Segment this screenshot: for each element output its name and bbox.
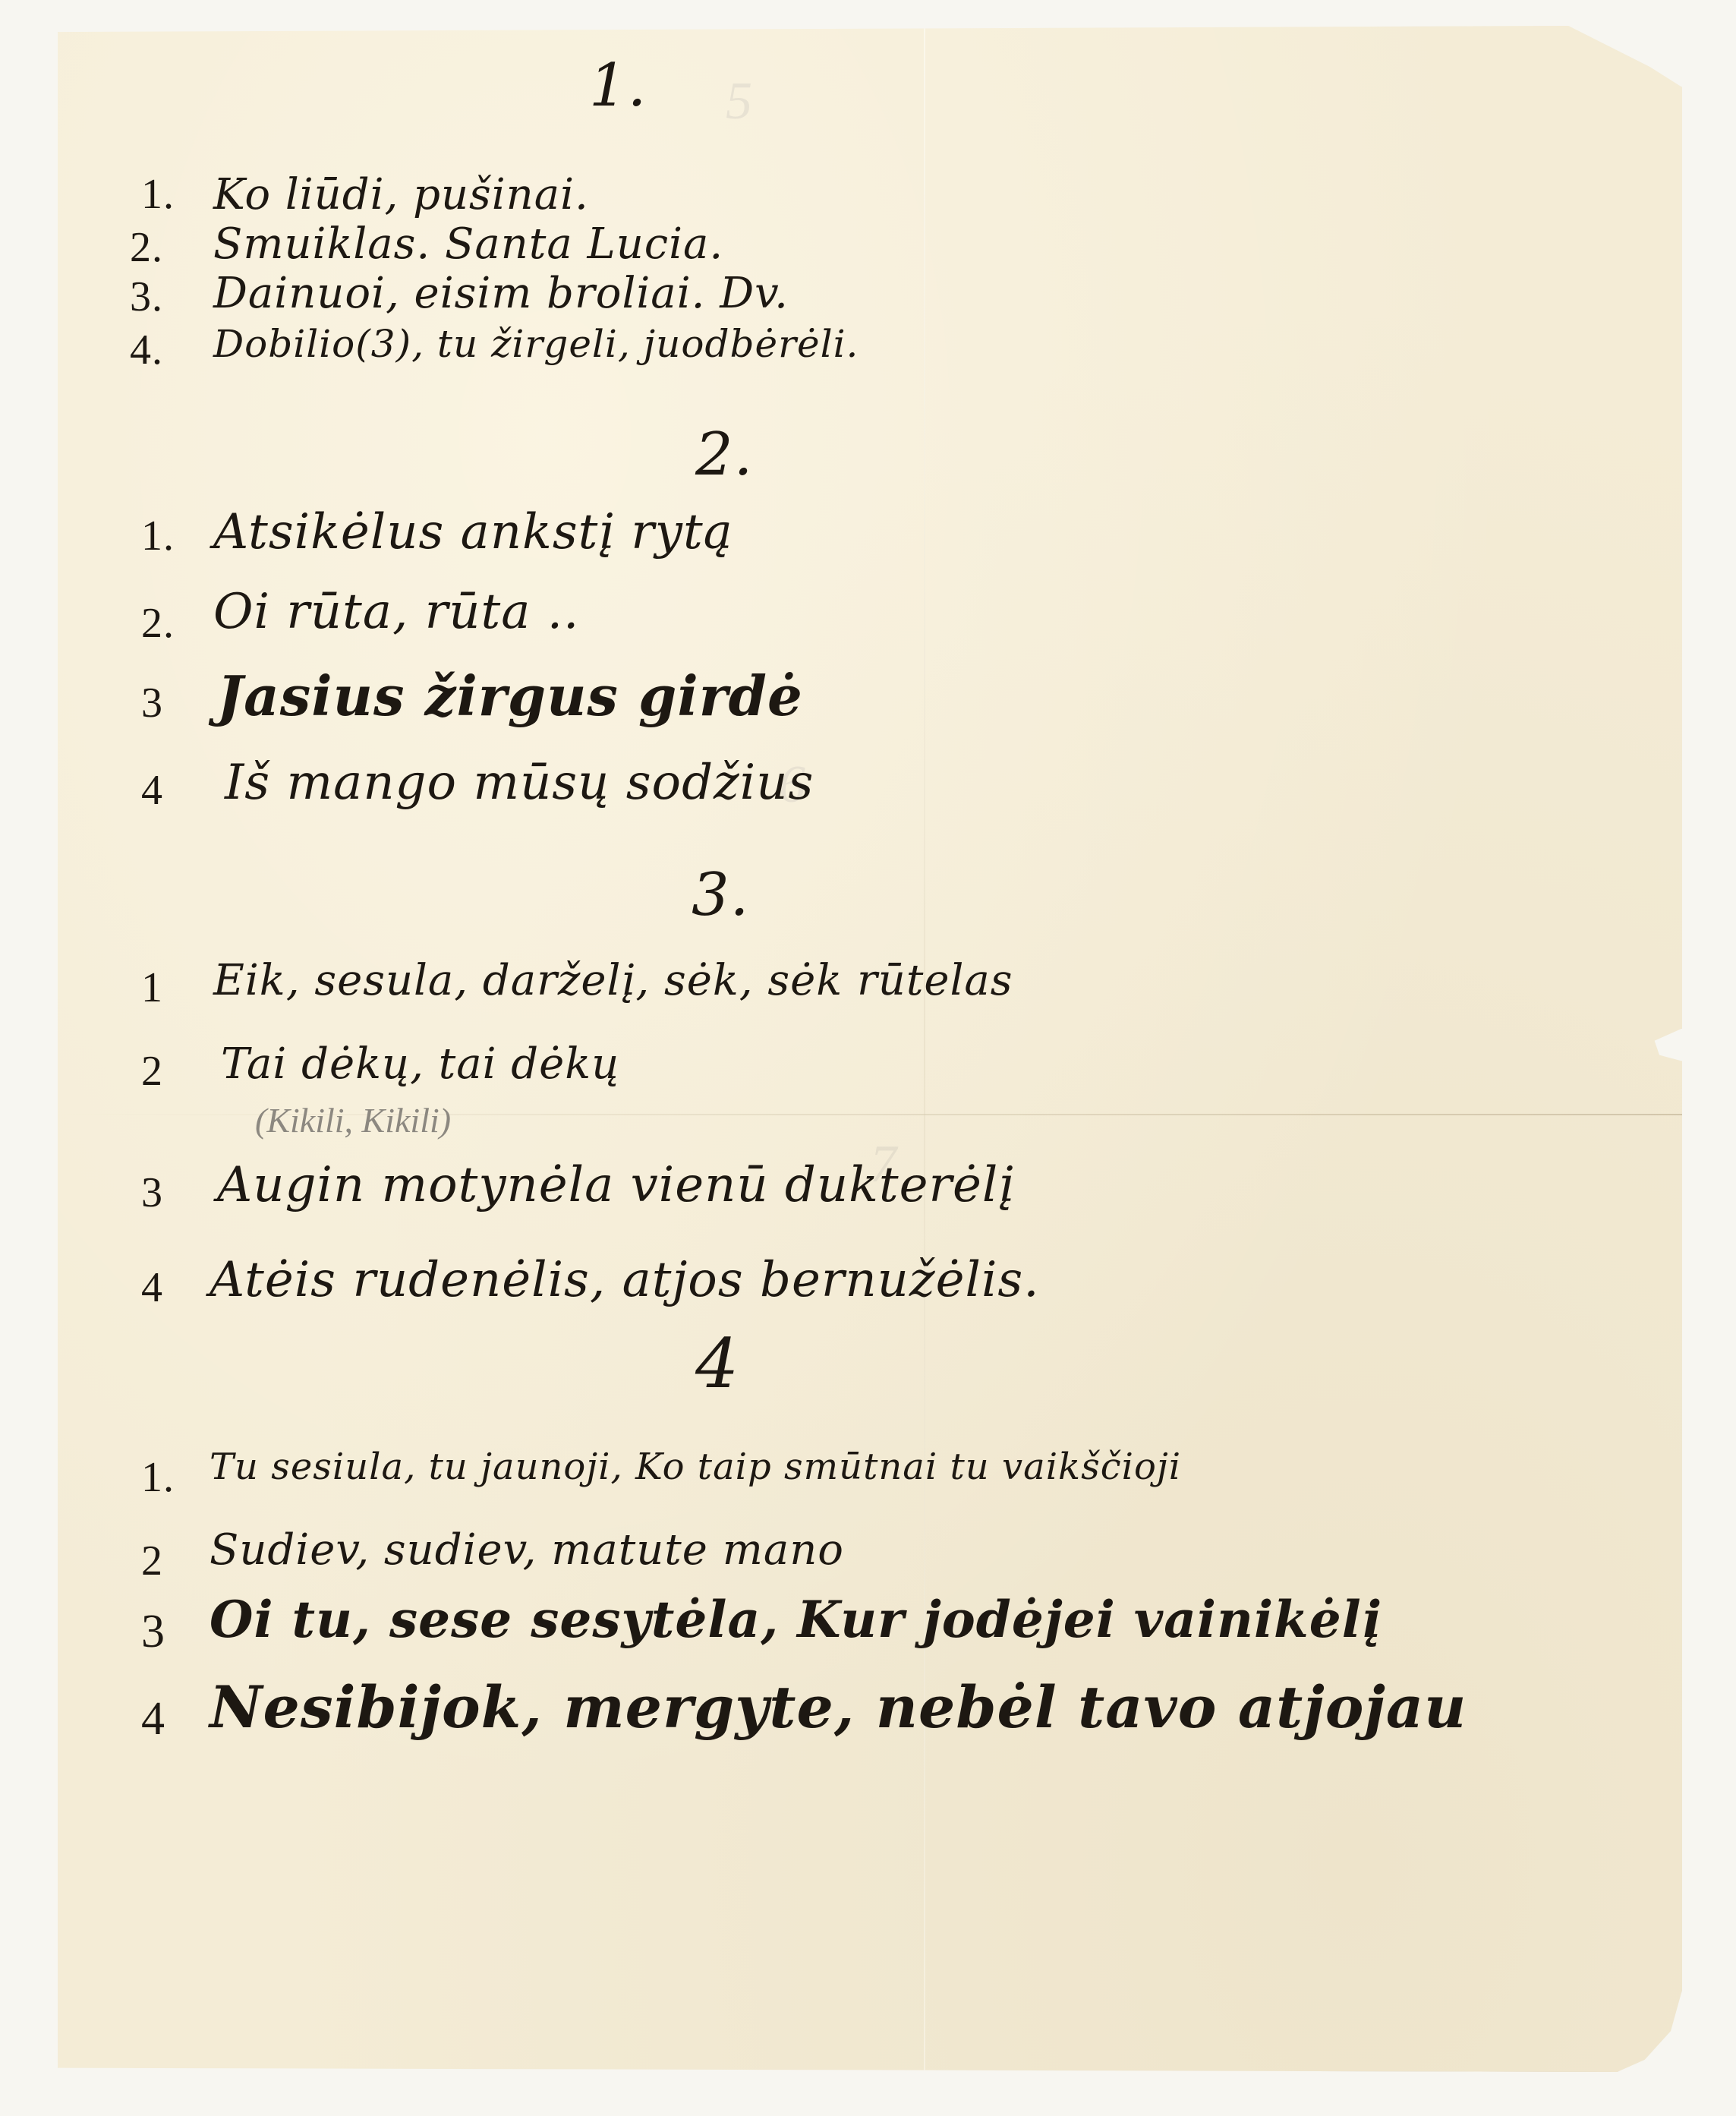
list-item: Augin motynėla vienū dukterėlį (217, 1157, 1015, 1213)
list-item: Oi rūta, rūta .. (213, 584, 579, 640)
list-item: Oi tu, sese sesytėla, Kur jodėjei vainik… (210, 1590, 1382, 1649)
section-heading-4: 4 (695, 1324, 739, 1404)
list-item: Tu sesiula, tu jaunoji, Ko taip smūtnai … (210, 1446, 1181, 1488)
list-item: Eik, sesula, darželį, sėk, sėk rūtelas (213, 956, 1013, 1005)
item-number: 1. (141, 512, 175, 560)
pencil-annotation: (Kikili, Kikili) (255, 1100, 451, 1140)
item-number: 3 (141, 1605, 165, 1659)
item-number: 1. (141, 1453, 175, 1502)
list-item: Iš mango mūsų sodžius (225, 755, 814, 811)
item-number: 2. (141, 599, 175, 648)
vertical-fold-line (924, 26, 925, 2072)
list-item: Atėis rudenėlis, atjos bernužėlis. (210, 1252, 1040, 1308)
item-number: 3 (141, 679, 163, 727)
list-item: Tai dėkų, tai dėkų (221, 1039, 619, 1089)
item-number: 1. (141, 170, 175, 219)
section-heading-1: 1. (589, 52, 647, 120)
item-number: 3. (130, 273, 163, 321)
list-item: Dainuoi, eisim broliai. Dv. (213, 269, 789, 318)
manuscript-page: 5 6 7 1. 1. Ko liūdi, pušinai. 2. Smuikl… (58, 26, 1682, 2072)
item-number: 1 (141, 963, 163, 1012)
list-item: Sudiev, sudiev, matute mano (210, 1525, 844, 1575)
list-item: Ko liūdi, pušinai. (213, 170, 589, 219)
item-number: 4. (130, 326, 163, 374)
list-item: Atsikėlus ankstį rytą (213, 504, 733, 560)
item-number: 2. (130, 223, 163, 272)
item-number: 4 (141, 766, 163, 815)
section-heading-2: 2. (695, 421, 753, 489)
list-item: Dobilio(3), tu žirgeli, juodbėrėli. (213, 322, 859, 366)
item-number: 2 (141, 1047, 163, 1096)
item-number: 4 (141, 1263, 163, 1312)
list-item: Nesibijok, mergyte, nebėl tavo atjojau (210, 1673, 1467, 1741)
list-item: Jasius žirgus girdė (217, 664, 803, 728)
item-number: 2 (141, 1537, 163, 1585)
section-heading-3: 3. (692, 861, 749, 929)
item-number: 3 (141, 1168, 163, 1217)
bleed-through-mark: 5 (726, 71, 752, 132)
list-item: Smuiklas. Santa Lucia. (213, 219, 723, 269)
item-number: 4 (141, 1692, 165, 1746)
